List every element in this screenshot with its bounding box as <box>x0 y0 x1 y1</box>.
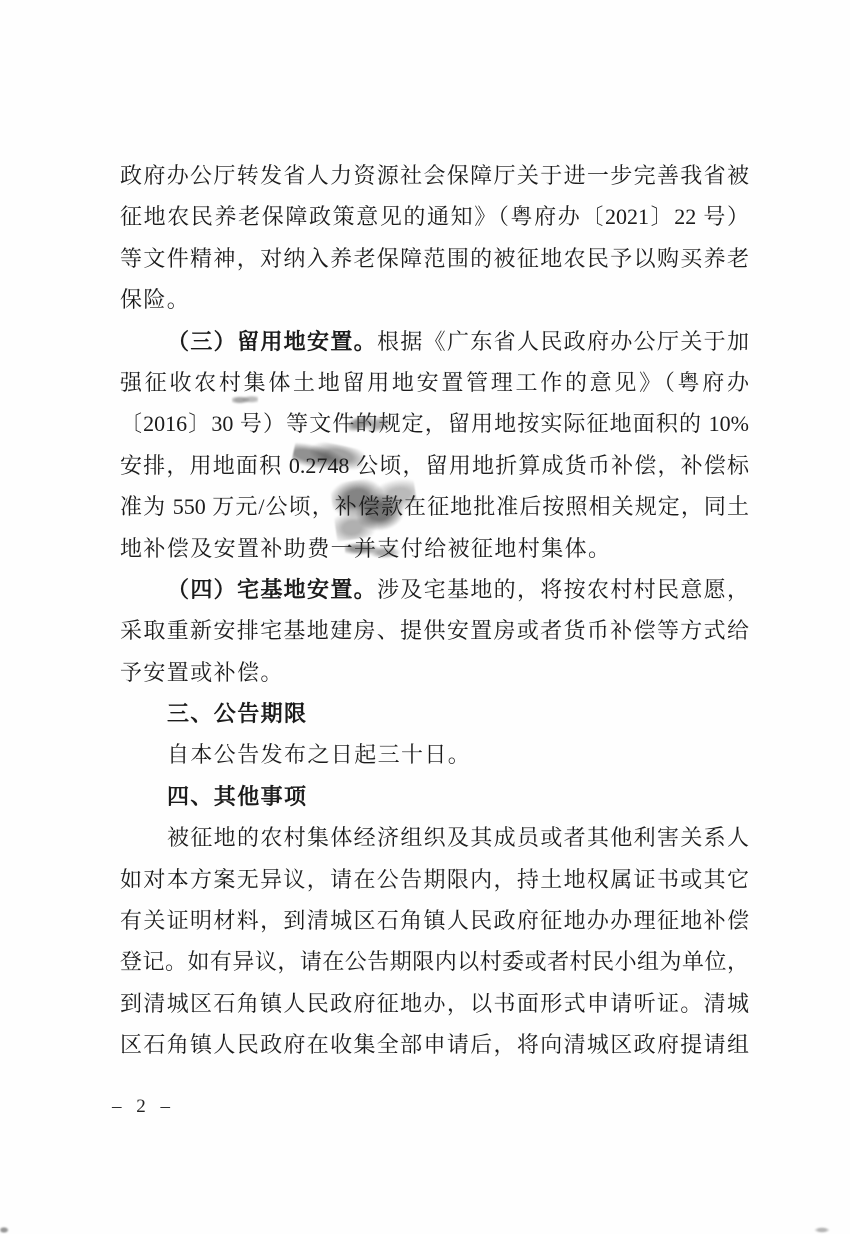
scan-speck <box>0 1226 10 1234</box>
text-line: 采取重新安排宅基地建房、提供安置房或者货币补偿等方式给 <box>120 610 749 651</box>
text-run: 被征地的农村集体经济组织及其成员或者其他利害关系人 <box>167 825 749 850</box>
text-line: 被征地的农村集体经济组织及其成员或者其他利害关系人 <box>120 817 749 858</box>
text-line: 等文件精神，对纳入养老保障范围的被征地农民予以购买养老 <box>120 238 749 279</box>
text-run: 等文件精神，对纳入养老保障范围的被征地农民予以购买养老 <box>120 246 749 271</box>
text-line: （三）留用地安置。根据《广东省人民政府办公厅关于加 <box>120 321 749 362</box>
text-run: 安排，用地面积 0.2748 公顷，留用地折算成货币补偿，补偿标 <box>120 453 749 478</box>
text-line: 准为 550 万元/公顷，补偿款在征地批准后按照相关规定，同土 <box>120 486 749 527</box>
text-run: 区石角镇人民政府在收集全部申请后，将向清城区政府提请组 <box>120 1032 749 1057</box>
text-run: 自本公告发布之日起三十日。 <box>167 742 471 767</box>
text-run: 强征收农村集体土地留用地安置管理工作的意见》（粤府办 <box>120 370 749 395</box>
text-line: 区石角镇人民政府在收集全部申请后，将向清城区政府提请组 <box>120 1024 749 1065</box>
text-run: 地补偿及安置补助费一并支付给被征地村集体。 <box>120 536 611 561</box>
text-line: 如对本方案无异议，请在公告期限内，持土地权属证书或其它 <box>120 859 749 900</box>
text-line: 政府办公厅转发省人力资源社会保障厅关于进一步完善我省被 <box>120 155 749 196</box>
text-run: 〔2016〕30 号）等文件的规定，留用地按实际征地面积的 10% <box>120 411 749 436</box>
text-run: 予安置或补偿。 <box>120 660 284 685</box>
text-run: 登记。如有异议，请在公告期限内以村委或者村民小组为单位， <box>120 949 749 974</box>
text-run-bold: （四）宅基地安置。 <box>167 577 377 602</box>
text-run: 到清城区石角镇人民政府征地办，以书面形式申请听证。清城 <box>120 991 749 1016</box>
text-run: 涉及宅基地的，将按农村村民意愿， <box>377 577 749 602</box>
text-run: 政府办公厅转发省人力资源社会保障厅关于进一步完善我省被 <box>120 163 749 188</box>
text-run: 根据《广东省人民政府办公厅关于加 <box>377 329 749 354</box>
text-run: 征地农民养老保障政策意见的通知》（粤府办〔2021〕22 号） <box>120 204 749 229</box>
text-run: 如对本方案无异议，请在公告期限内，持土地权属证书或其它 <box>120 867 749 892</box>
document-page: 政府办公厅转发省人力资源社会保障厅关于进一步完善我省被征地农民养老保障政策意见的… <box>0 0 850 1234</box>
text-run-bold: （三）留用地安置。 <box>167 329 377 354</box>
text-line: 有关证明材料，到清城区石角镇人民政府征地办办理征地补偿 <box>120 900 749 941</box>
text-line: 保险。 <box>120 279 749 320</box>
text-run: 采取重新安排宅基地建房、提供安置房或者货币补偿等方式给 <box>120 618 749 643</box>
text-line: （四）宅基地安置。涉及宅基地的，将按农村村民意愿， <box>120 569 749 610</box>
text-line: 〔2016〕30 号）等文件的规定，留用地按实际征地面积的 10% <box>120 403 749 444</box>
text-run-bold: 四、其他事项 <box>167 784 307 809</box>
scan-speck <box>814 1227 830 1233</box>
text-run: 保险。 <box>120 287 190 312</box>
page-number: – 2 – <box>112 1096 175 1118</box>
text-line: 到清城区石角镇人民政府征地办，以书面形式申请听证。清城 <box>120 983 749 1024</box>
text-line: 地补偿及安置补助费一并支付给被征地村集体。 <box>120 528 749 569</box>
document-text: 政府办公厅转发省人力资源社会保障厅关于进一步完善我省被征地农民养老保障政策意见的… <box>120 155 749 1066</box>
text-run: 有关证明材料，到清城区石角镇人民政府征地办办理征地补偿 <box>120 908 749 933</box>
text-line: 征地农民养老保障政策意见的通知》（粤府办〔2021〕22 号） <box>120 196 749 237</box>
text-line: 强征收农村集体土地留用地安置管理工作的意见》（粤府办 <box>120 362 749 403</box>
text-line: 三、公告期限 <box>120 693 749 734</box>
text-line: 自本公告发布之日起三十日。 <box>120 734 749 775</box>
text-line: 安排，用地面积 0.2748 公顷，留用地折算成货币补偿，补偿标 <box>120 445 749 486</box>
text-line: 予安置或补偿。 <box>120 652 749 693</box>
text-line: 登记。如有异议，请在公告期限内以村委或者村民小组为单位， <box>120 941 749 982</box>
text-run: 准为 550 万元/公顷，补偿款在征地批准后按照相关规定，同土 <box>120 494 749 519</box>
text-line: 四、其他事项 <box>120 776 749 817</box>
text-run-bold: 三、公告期限 <box>167 701 307 726</box>
